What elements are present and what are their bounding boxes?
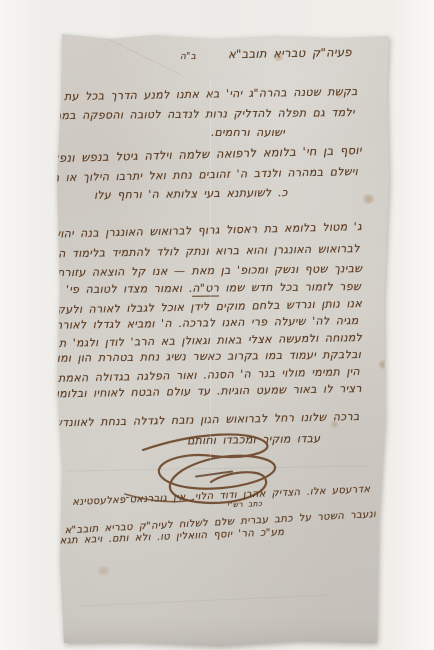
- letter-line: ג' מטול בלומא בת ראסול גרוף לברואוש האונ…: [45, 220, 362, 241]
- letter-line: אנו נותן ונרדש בלחם מוקים לידן אוכל לגבל…: [49, 297, 362, 317]
- paper-crease: [210, 80, 211, 460]
- letter-line: שפר לזמור בכל חדש שמו רט"ה. ואמור מצדו ל…: [45, 280, 361, 296]
- letter-paper: ב"ה פעיה"ק טבריא תובב"א בקשת שטנה בהרה"ג…: [0, 0, 434, 650]
- letter-line: יוסף בן חי' בלומא לרפואה שלמה וילדה גיטל…: [8, 143, 362, 166]
- letter-heading: פעיה"ק טבריא תובב"א: [228, 45, 352, 61]
- letter-line: מגיה לה' שיעלה פרי האנו לברכה. ה' ומביא …: [55, 314, 359, 332]
- line-text: . ואמור מצדו לטובה פי' וגל: [45, 282, 193, 297]
- letter-paper-wrapper: ב"ה פעיה"ק טבריא תובב"א בקשת שטנה בהרה"ג…: [0, 0, 434, 650]
- postscript-small-note: כתב רש"י: [227, 499, 262, 509]
- photo-backdrop: ב"ה פעיה"ק טבריא תובב"א בקשת שטנה בהרה"ג…: [0, 0, 434, 650]
- letter-line: ישועה ורחמים.: [211, 126, 285, 139]
- line-text: שפר לזמור בכל חדש שמו: [219, 280, 361, 294]
- fox-spot-stain: [273, 53, 284, 61]
- underlined-word: רט"ה: [192, 281, 219, 296]
- paper-crease: [80, 595, 330, 607]
- letter-line: ילמד גם תפלה להדליק נרות לנדבה לטובה והס…: [40, 106, 355, 122]
- letter-line: כ. לשועתנא בעי צלותא ה' ורחף עלו: [94, 186, 288, 202]
- header-bh: ב"ה: [180, 52, 196, 62]
- fox-spot-stain: [336, 92, 343, 98]
- letter-line: למנוחה ולמעשה אצלי באות וגאולן בא הרב' ל…: [46, 331, 362, 350]
- fox-spot-stain: [96, 566, 111, 575]
- letter-line: בקשת שטנה בהרה"ג יהי' בא אתנו למנע הדרך …: [64, 85, 358, 103]
- fox-spot-stain: [378, 360, 389, 369]
- letter-line: ברכה שלונו רחל לברואוש הגון נזבח לגדלה ב…: [54, 410, 360, 429]
- paper-crease: [64, 18, 181, 76]
- letter-line: ובלבקת יעמוד במו בקרוב כאשר נשיג נחת בטה…: [47, 348, 361, 365]
- fox-spot-stain: [330, 421, 339, 428]
- letter-line: לברואוש האונגרן והוא ברוא ונתק לולד להתמ…: [39, 242, 360, 261]
- letter-line: וישלם במהרה ולנדב ה' זהובים נחת ואל יתרב…: [21, 165, 358, 185]
- fox-spot-stain: [362, 194, 375, 204]
